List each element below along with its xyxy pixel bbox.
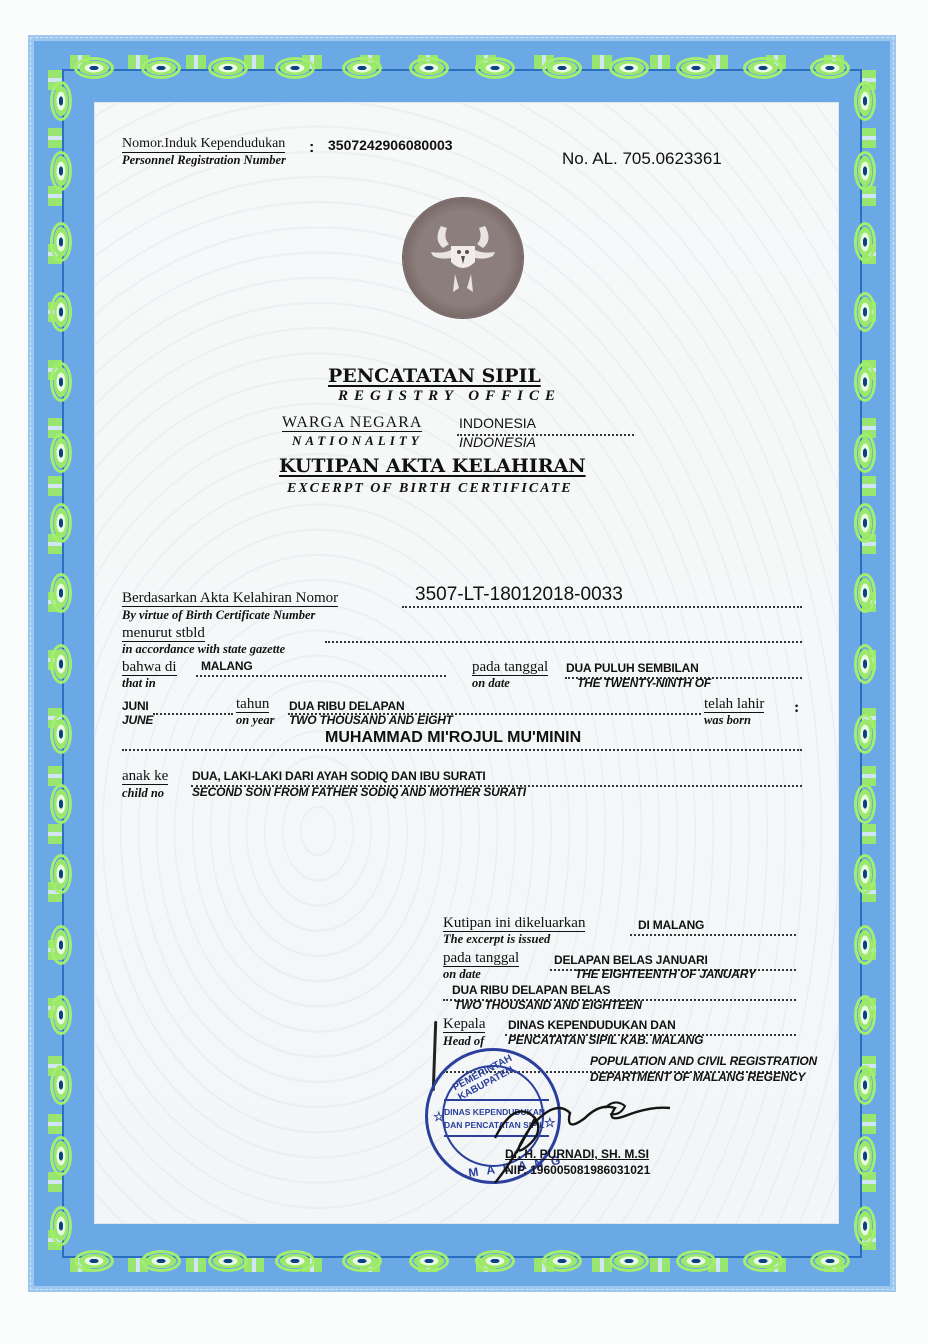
issued-year-en: TWO THOUSAND AND EIGHTEEN <box>454 998 642 1012</box>
stamp-star-icon: ☆ <box>433 1109 445 1125</box>
cert-number-dotline <box>402 606 802 608</box>
born-label: telah lahir <box>704 696 764 713</box>
issued-date-label-en: on date <box>443 967 481 982</box>
issued-label-en: The excerpt is issued <box>443 932 550 947</box>
born-colon: : <box>794 699 799 717</box>
child-no-value: DUA, LAKI-LAKI DARI AYAH SODIQ DAN IBU S… <box>192 769 485 783</box>
nationality-label: WARGA NEGARA <box>282 414 422 432</box>
child-no-value-en: SECOND SON FROM FATHER SODIQ AND MOTHER … <box>192 785 526 799</box>
cert-number-label: Berdasarkan Akta Kelahiran Nomor <box>122 590 338 607</box>
document-title: KUTIPAN AKTA KELAHIRAN <box>279 455 586 477</box>
year-label-en: on year <box>236 713 275 728</box>
gazette-label-en: in accordance with state gazette <box>122 642 285 657</box>
date-value-en: THE TWENTY-NINTH OF <box>577 676 711 690</box>
nationality-label-en: NATIONALITY <box>292 433 423 449</box>
issued-place: DI MALANG <box>638 918 704 932</box>
month-value: JUNI <box>122 699 149 713</box>
official-nip: NIP. 196005081986031021 <box>505 1163 650 1177</box>
child-name: MUHAMMAD MI'ROJUL MU'MININ <box>325 729 581 747</box>
cert-number-label-en: By virtue of Birth Certificate Number <box>122 608 315 623</box>
border-ornaments-left <box>40 81 80 1246</box>
issued-date-en: THE EIGHTEENTH OF JANUARY <box>575 967 756 981</box>
date-label: pada tanggal <box>472 659 548 676</box>
certificate-page: Nomor.Induk Kependudukan Personnel Regis… <box>95 103 838 1223</box>
garuda-emblem-icon <box>403 198 523 318</box>
year-value: DUA RIBU DELAPAN <box>289 699 404 713</box>
child-no-label: anak ke <box>122 768 168 785</box>
place-label-en: that in <box>122 676 156 691</box>
head-label: Kepala <box>443 1016 485 1033</box>
born-label-en: was born <box>704 713 751 728</box>
head-label-en: Head of <box>443 1034 484 1049</box>
border-ornaments-top <box>74 47 850 87</box>
office-title-en: REGISTRY OFFICE <box>338 388 561 405</box>
place-dotline <box>196 675 446 677</box>
office-title: PENCATATAN SIPIL <box>328 365 541 387</box>
month-value-en: JUNE <box>122 713 153 727</box>
nationality-value-en: INDONESIA <box>459 434 536 450</box>
serial-number: No. AL. 705.0623361 <box>562 149 722 169</box>
gazette-dotline <box>325 641 802 643</box>
issued-year: DUA RIBU DELAPAN BELAS <box>452 983 610 997</box>
nik-colon: : <box>309 139 314 157</box>
border-ornaments-bottom <box>74 1240 850 1280</box>
date-label-en: on date <box>472 676 510 691</box>
issued-label: Kutipan ini dikeluarkan <box>443 915 585 932</box>
document-title-en: EXCERPT OF BIRTH CERTIFICATE <box>287 481 573 497</box>
place-label: bahwa di <box>122 659 177 676</box>
nik-label-en: Personnel Registration Number <box>122 153 286 168</box>
month-dotline <box>153 713 233 715</box>
official-name: Dr. H. PURNADI, SH. M.SI <box>505 1147 649 1161</box>
issued-date-label: pada tanggal <box>443 950 519 967</box>
cert-number-value: 3507-LT-18012018-0033 <box>415 584 623 606</box>
issued-date: DELAPAN BELAS JANUARI <box>554 953 708 967</box>
nik-value: 3507242906080003 <box>328 137 453 153</box>
nationality-value: INDONESIA <box>459 415 536 431</box>
place-value: MALANG <box>201 659 252 673</box>
head-value-line1: DINAS KEPENDUDUKAN DAN <box>508 1018 676 1032</box>
border-ornaments-right <box>844 81 884 1246</box>
date-value: DUA PULUH SEMBILAN <box>566 661 699 675</box>
child-no-label-en: child no <box>122 786 164 801</box>
head-value-en-line1: POPULATION AND CIVIL REGISTRATION <box>590 1054 817 1068</box>
year-label: tahun <box>236 696 269 713</box>
nik-label: Nomor.Induk Kependudukan <box>122 136 285 153</box>
issued-place-dotline <box>630 934 796 936</box>
gazette-label: menurut stbld <box>122 625 205 642</box>
child-name-dotline <box>122 749 802 751</box>
year-value-en: TWO THOUSAND AND EIGHT <box>289 713 453 727</box>
